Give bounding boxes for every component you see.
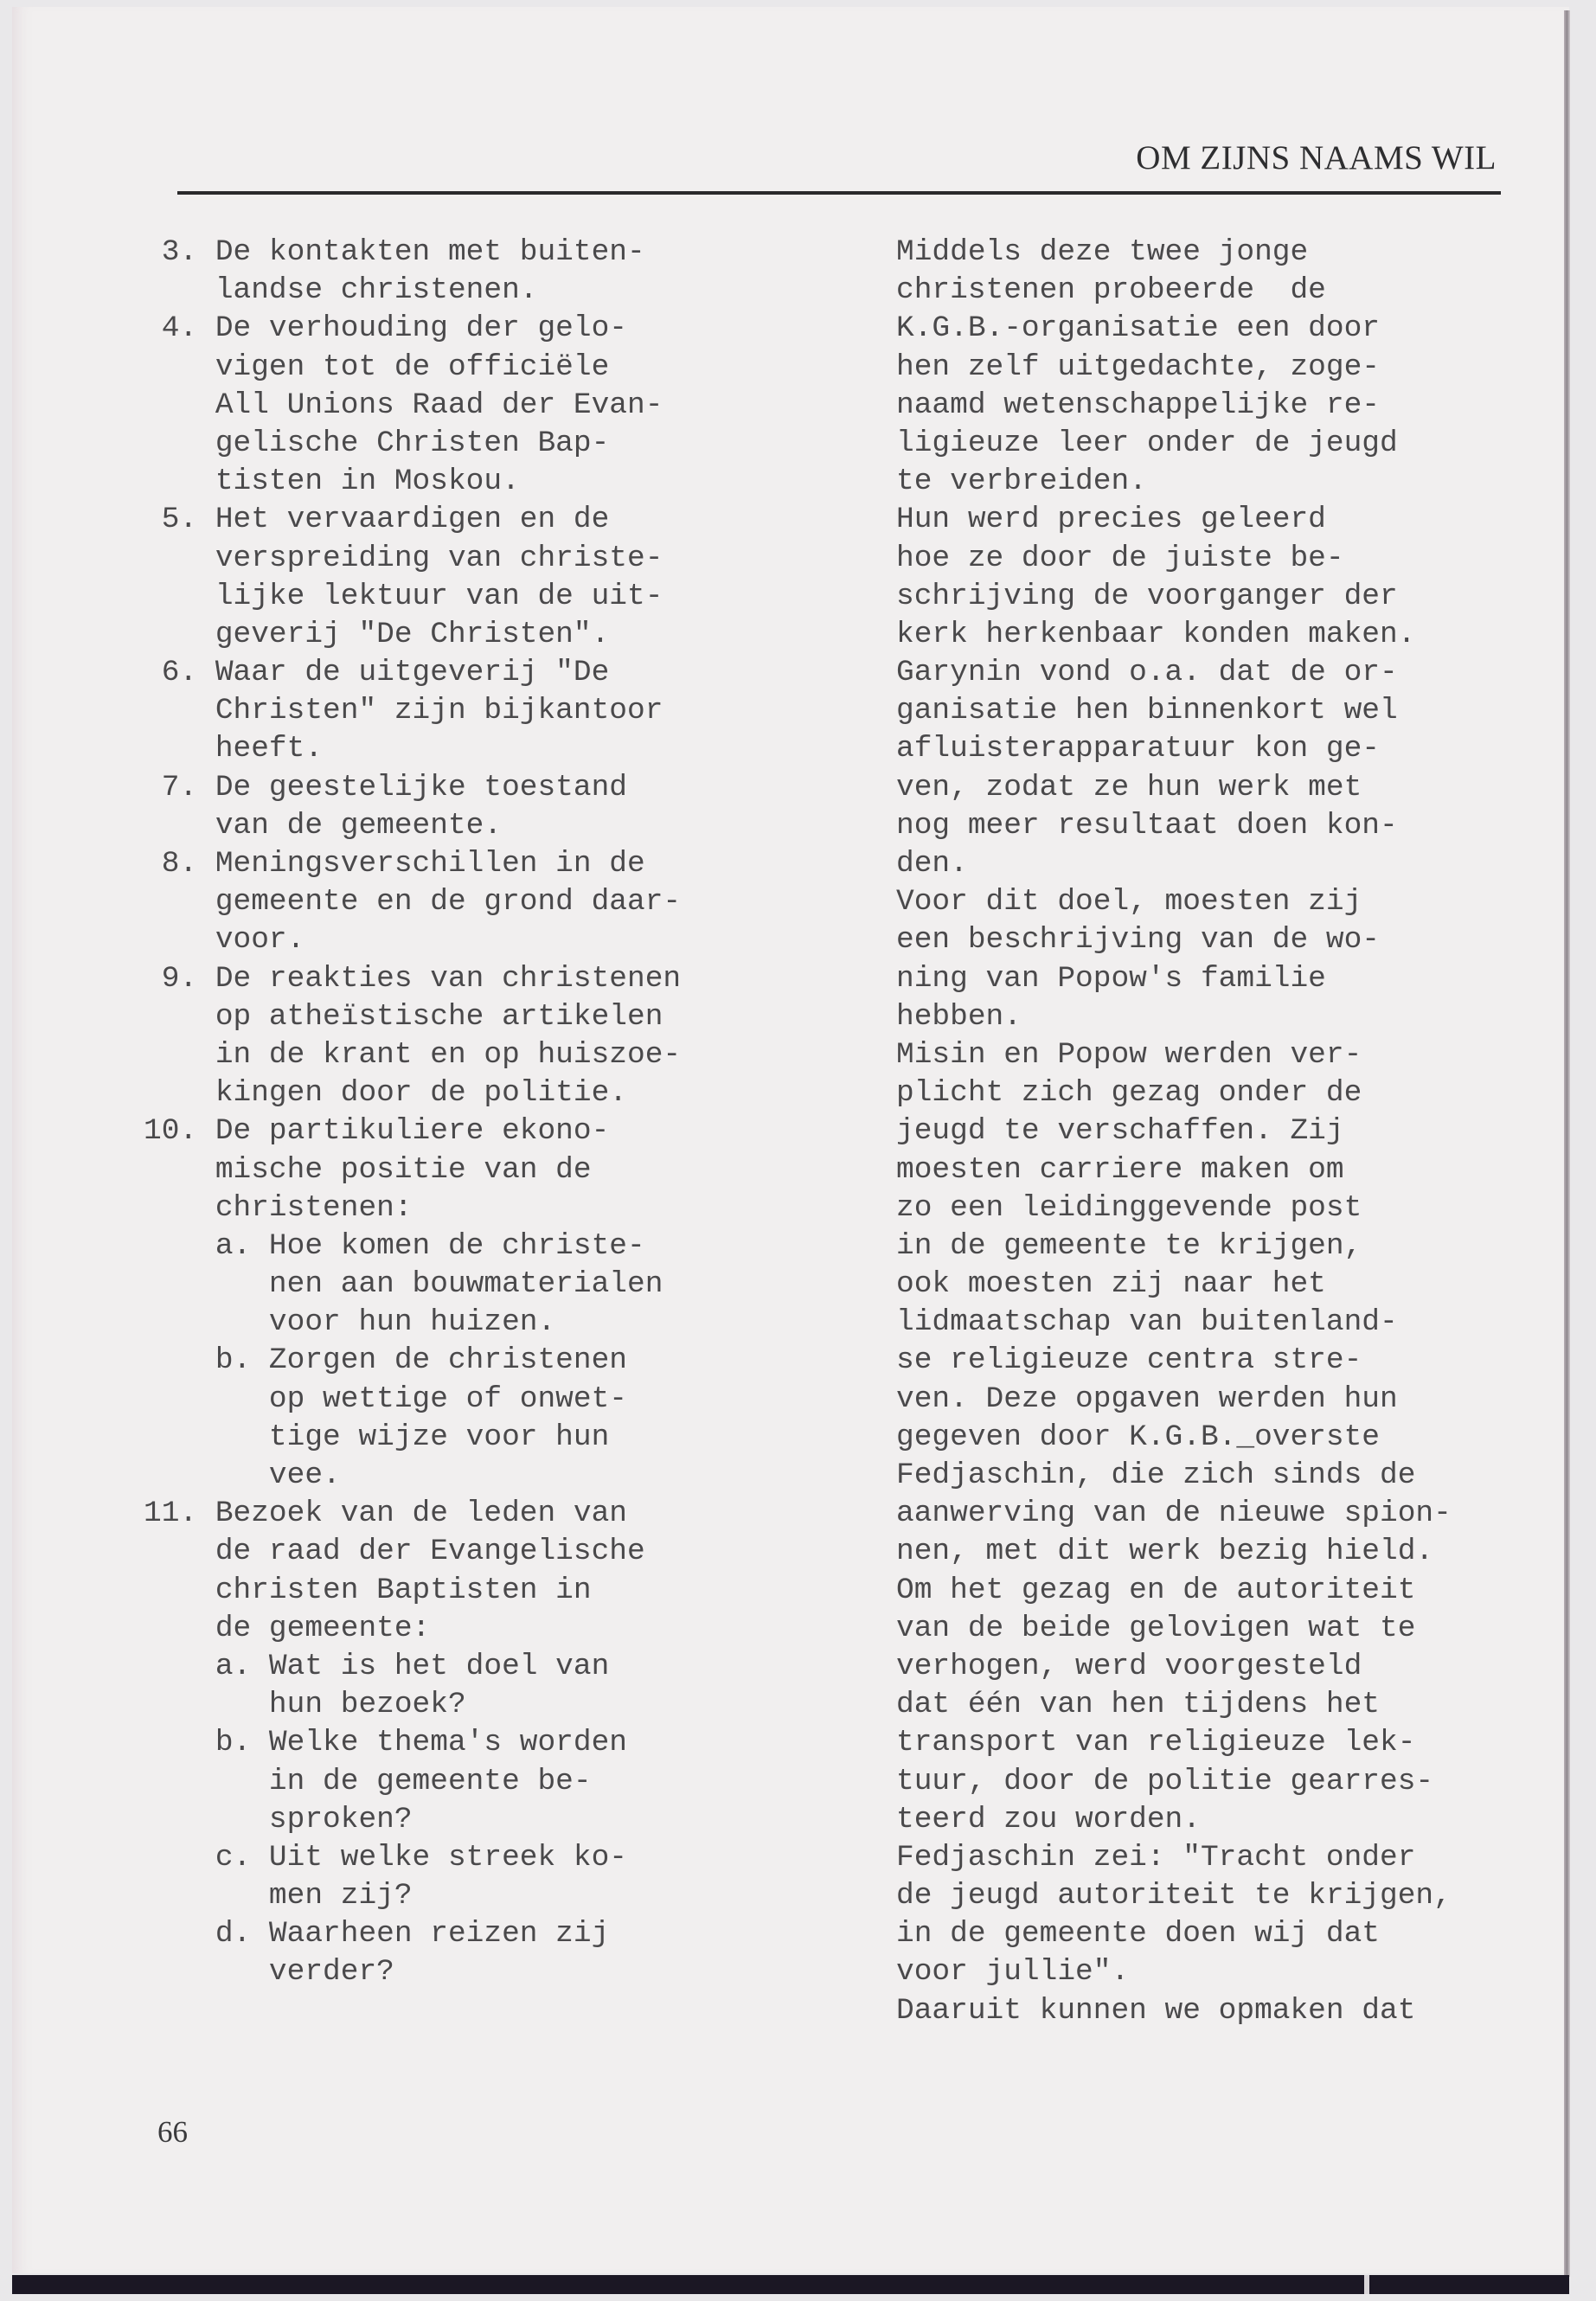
list-line: Christen" zijn bijkantoor [144, 692, 749, 730]
paragraph-line: een beschrijving van de wo- [896, 921, 1519, 959]
scan-bottom-border [12, 2275, 1569, 2294]
paragraph-line: in de gemeente doen wij dat [896, 1915, 1519, 1953]
paragraph-line: Hun werd precies geleerd [896, 501, 1519, 539]
list-line: 10. De partikuliere ekono- [144, 1112, 749, 1150]
list-line: a. Wat is het doel van [144, 1648, 749, 1686]
list-line: All Unions Raad der Evan- [144, 387, 749, 425]
paragraph-line: van de beide gelovigen wat te [896, 1610, 1519, 1648]
list-line: 9. De reakties van christenen [144, 960, 749, 998]
list-line: landse christenen. [144, 272, 749, 310]
paragraph-line: Middels deze twee jonge [896, 234, 1519, 272]
paragraph-line: dat één van hen tijdens het [896, 1686, 1519, 1724]
paragraph-line: kerk herkenbaar konden maken. [896, 616, 1519, 654]
list-line: gelische Christen Bap- [144, 425, 749, 463]
paragraph-line: tuur, door de politie gearres- [896, 1763, 1519, 1801]
paragraph-line: ook moesten zij naar het [896, 1266, 1519, 1304]
paragraph-line: jeugd te verschaffen. Zij [896, 1112, 1519, 1150]
list-line: 6. Waar de uitgeverij "De [144, 654, 749, 692]
list-line: vigen tot de officiële [144, 349, 749, 387]
list-line: a. Hoe komen de christe- [144, 1227, 749, 1266]
list-line: 8. Meningsverschillen in de [144, 845, 749, 883]
right-column-text: Middels deze twee jongechristenen probee… [896, 234, 1519, 2030]
paragraph-line: hebben. [896, 998, 1519, 1036]
list-line: de raad der Evangelische [144, 1533, 749, 1571]
list-line: 3. De kontakten met buiten- [144, 234, 749, 272]
paragraph-line: zo een leidinggevende post [896, 1189, 1519, 1227]
paragraph-line: lidmaatschap van buitenland- [896, 1304, 1519, 1342]
list-line: voor. [144, 921, 749, 959]
paragraph-line: voor jullie". [896, 1953, 1519, 1991]
paragraph-line: Fedjaschin zei: "Tracht onder [896, 1839, 1519, 1877]
list-line: nen aan bouwmaterialen [144, 1266, 749, 1304]
list-line: b. Welke thema's worden [144, 1724, 749, 1762]
list-line: in de gemeente be- [144, 1763, 749, 1801]
paragraph-line: ligieuze leer onder de jeugd [896, 425, 1519, 463]
header-rule [177, 191, 1501, 195]
list-line: lijke lektuur van de uit- [144, 578, 749, 616]
list-line: van de gemeente. [144, 807, 749, 845]
paragraph-line: Om het gezag en de autoriteit [896, 1572, 1519, 1610]
paragraph-line: Misin en Popow werden ver- [896, 1036, 1519, 1074]
paragraph-line: teerd zou worden. [896, 1801, 1519, 1839]
paragraph-line: christenen probeerde de [896, 272, 1519, 310]
paragraph-line: plicht zich gezag onder de [896, 1074, 1519, 1112]
list-line: heeft. [144, 730, 749, 768]
list-line: in de krant en op huiszoe- [144, 1036, 749, 1074]
paragraph-line: ning van Popow's familie [896, 960, 1519, 998]
scan-border-gap [1364, 2275, 1369, 2294]
list-line: sproken? [144, 1801, 749, 1839]
list-line: de gemeente: [144, 1610, 749, 1648]
paragraph-line: ven, zodat ze hun werk met [896, 769, 1519, 807]
list-line: hun bezoek? [144, 1686, 749, 1724]
list-line: geverij "De Christen". [144, 616, 749, 654]
paragraph-line: de jeugd autoriteit te krijgen, [896, 1877, 1519, 1915]
page-number: 66 [157, 2115, 188, 2150]
list-line: 7. De geestelijke toestand [144, 769, 749, 807]
paragraph-line: gegeven door K.G.B._overste [896, 1419, 1519, 1457]
list-line: vee. [144, 1457, 749, 1495]
list-line: mische positie van de [144, 1151, 749, 1189]
list-line: christen Baptisten in [144, 1572, 749, 1610]
paragraph-line: K.G.B.-organisatie een door [896, 310, 1519, 348]
paragraph-line: transport van religieuze lek- [896, 1724, 1519, 1762]
list-line: verspreiding van christe- [144, 540, 749, 578]
paragraph-line: in de gemeente te krijgen, [896, 1227, 1519, 1266]
list-line: verder? [144, 1953, 749, 1991]
paragraph-line: verhogen, werd voorgesteld [896, 1648, 1519, 1686]
paragraph-line: te verbreiden. [896, 463, 1519, 501]
page-edge-shadow [1564, 10, 1570, 2277]
paragraph-line: hen zelf uitgedachte, zoge- [896, 349, 1519, 387]
paragraph-line: moesten carriere maken om [896, 1151, 1519, 1189]
running-title: OM ZIJNS NAAMS WIL [960, 138, 1497, 177]
list-line: 11. Bezoek van de leden van [144, 1495, 749, 1533]
paragraph-line: Fedjaschin, die zich sinds de [896, 1457, 1519, 1495]
paragraph-line: nen, met dit werk bezig hield. [896, 1533, 1519, 1571]
list-line: d. Waarheen reizen zij [144, 1915, 749, 1953]
list-line: kingen door de politie. [144, 1074, 749, 1112]
paragraph-line: Garynin vond o.a. dat de or- [896, 654, 1519, 692]
list-line: christenen: [144, 1189, 749, 1227]
list-line: op atheïstische artikelen [144, 998, 749, 1036]
list-line: tige wijze voor hun [144, 1419, 749, 1457]
list-line: 4. De verhouding der gelo- [144, 310, 749, 348]
list-line: 5. Het vervaardigen en de [144, 501, 749, 539]
paragraph-line: hoe ze door de juiste be- [896, 540, 1519, 578]
paragraph-line: den. [896, 845, 1519, 883]
paragraph-line: aanwerving van de nieuwe spion- [896, 1495, 1519, 1533]
left-column-list: 3. De kontakten met buiten- landse chris… [144, 234, 749, 1992]
list-line: men zij? [144, 1877, 749, 1915]
list-line: tisten in Moskou. [144, 463, 749, 501]
paragraph-line: nog meer resultaat doen kon- [896, 807, 1519, 845]
list-line: b. Zorgen de christenen [144, 1342, 749, 1380]
paragraph-line: ganisatie hen binnenkort wel [896, 692, 1519, 730]
paragraph-line: se religieuze centra stre- [896, 1342, 1519, 1380]
paragraph-line: schrijving de voorganger der [896, 578, 1519, 616]
list-line: gemeente en de grond daar- [144, 883, 749, 921]
paragraph-line: afluisterapparatuur kon ge- [896, 730, 1519, 768]
list-line: op wettige of onwet- [144, 1381, 749, 1419]
paragraph-line: ven. Deze opgaven werden hun [896, 1381, 1519, 1419]
paragraph-line: Voor dit doel, moesten zij [896, 883, 1519, 921]
list-line: c. Uit welke streek ko- [144, 1839, 749, 1877]
list-line: voor hun huizen. [144, 1304, 749, 1342]
paragraph-line: Daaruit kunnen we opmaken dat [896, 1992, 1519, 2030]
paragraph-line: naamd wetenschappelijke re- [896, 387, 1519, 425]
